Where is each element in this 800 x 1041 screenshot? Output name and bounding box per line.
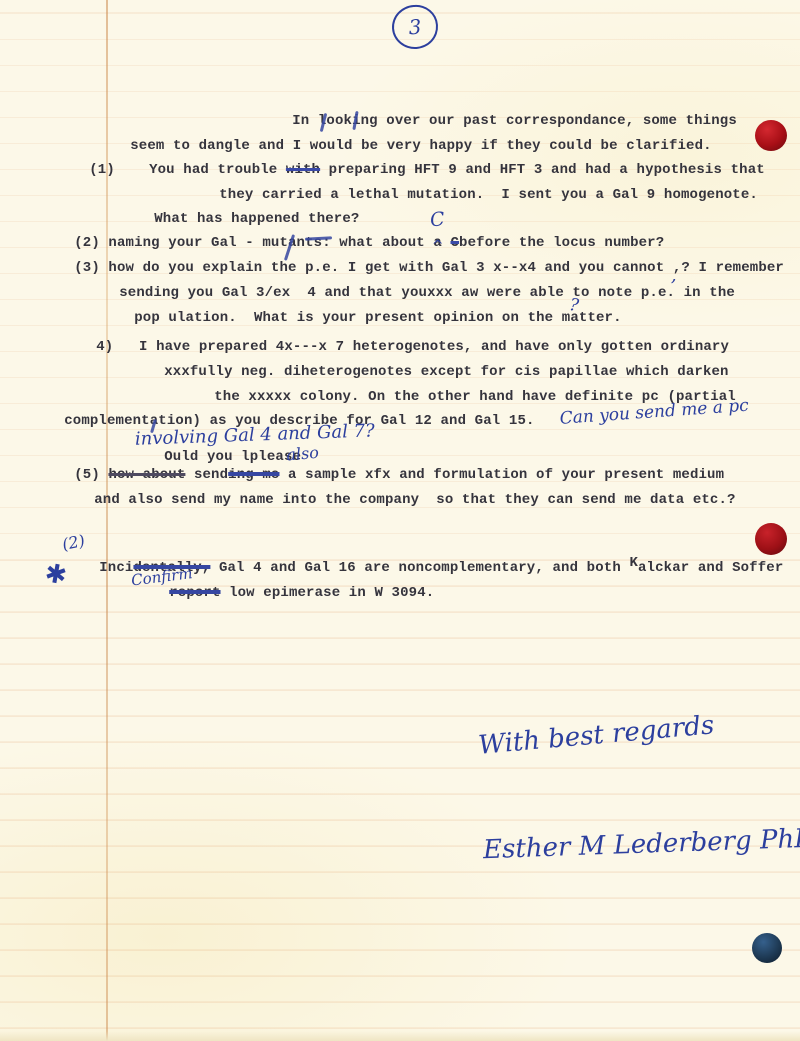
note-line-2-text: involving Gal 4 and Gal 7? bbox=[135, 420, 375, 449]
page-number-circled: 3 bbox=[391, 3, 440, 50]
item-5-line-2-text: and also send my name into the company s… bbox=[94, 492, 735, 508]
incidental-superscript-k: K bbox=[629, 555, 638, 571]
comma-insert-text: , bbox=[671, 265, 677, 286]
item-5-line-2: and also send my name into the company s… bbox=[60, 473, 736, 527]
confirm-text: Confirm bbox=[130, 564, 193, 589]
navy-pushpin-bottom bbox=[752, 933, 782, 963]
handwritten-note-line-2: involving Gal 4 and Gal 7? bbox=[111, 399, 376, 471]
note-line-1-text: Can you send me a pc bbox=[559, 396, 749, 429]
scanned-letter-page: 3 In looking over our past correspondanc… bbox=[0, 0, 800, 1041]
margin-number-text: (2) bbox=[60, 531, 86, 554]
insert-caret: ^ bbox=[414, 222, 444, 270]
signature-text: Esther M Lederberg PhD bbox=[483, 824, 800, 866]
handwritten-signature: Esther M Lederberg PhD bbox=[449, 794, 800, 897]
incidental-line-2-rest: low epimerase in W 3094. bbox=[221, 585, 435, 601]
handwritten-confirm: Confirm bbox=[109, 546, 196, 609]
handwritten-also: also bbox=[264, 424, 322, 485]
handwritten-comma-insert: , bbox=[648, 244, 677, 307]
caret-text: ^ bbox=[432, 238, 444, 254]
closing-text: With best regards bbox=[477, 710, 715, 760]
handwritten-closing: With best regards bbox=[442, 680, 718, 793]
also-text: also bbox=[286, 443, 320, 465]
incidental-post: alckar and Soffer bbox=[638, 560, 783, 576]
red-pushpin-top bbox=[755, 120, 787, 151]
red-pushpin-middle bbox=[755, 523, 787, 555]
page-bottom-edge bbox=[0, 1031, 800, 1041]
page-number: 3 bbox=[408, 15, 422, 40]
